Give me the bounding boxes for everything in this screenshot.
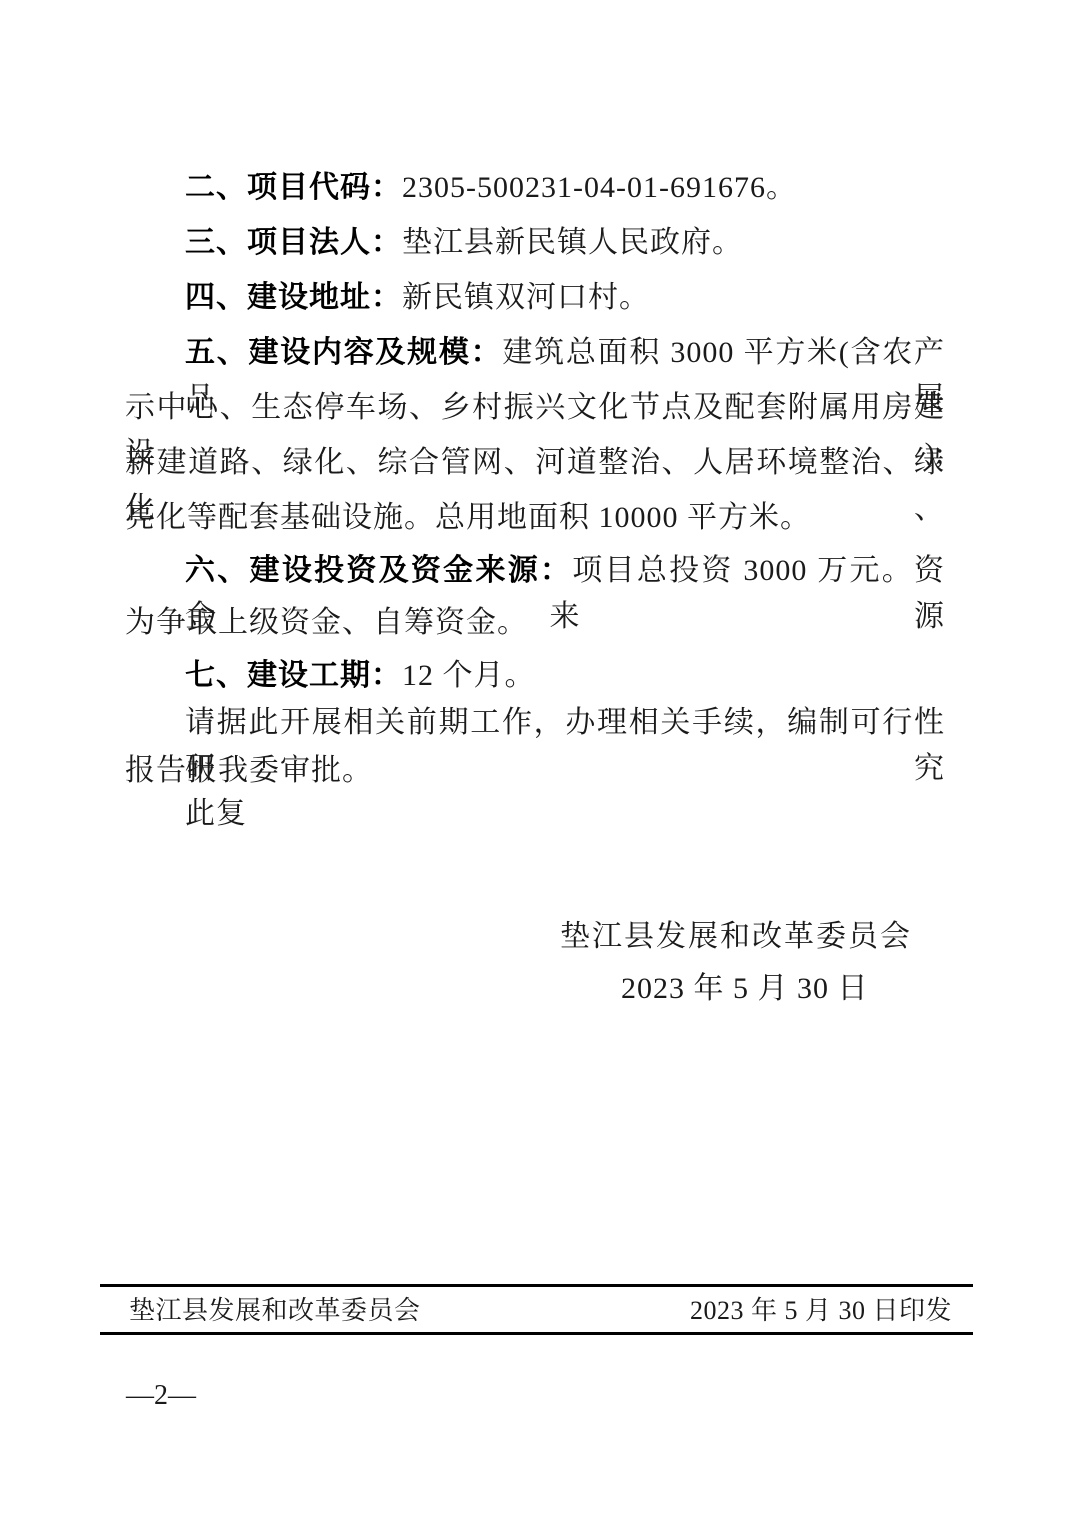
- footer-issue-date: 2023 年 5 月 30 日印发: [690, 1296, 952, 1326]
- section-heading: 二、项目代码：: [185, 171, 402, 204]
- body-text: 此复: [185, 797, 247, 830]
- footer-top-rule: [100, 1284, 973, 1287]
- section-heading: 四、建设地址：: [185, 281, 402, 314]
- body-line: 二、项目代码：2305-500231-04-01-691676。: [125, 165, 945, 211]
- signature-agency: 垫江县发展和改革委员会: [560, 911, 912, 955]
- body-line: 七、建设工期：12 个月。: [125, 653, 945, 699]
- body-line: 请据此开展相关前期工作，办理相关手续，编制可行性研究: [125, 700, 945, 746]
- body-text: 垫江县新民镇人民政府。: [402, 226, 743, 259]
- footer-issuer: 垫江县发展和改革委员会: [129, 1296, 421, 1326]
- body-line: 六、建设投资及资金来源：项目总投资 3000 万元。资金来源: [125, 548, 945, 594]
- body-line: 三、项目法人：垫江县新民镇人民政府。: [125, 220, 945, 266]
- page-number: —2—: [126, 1380, 196, 1412]
- body-text: 2305-500231-04-01-691676。: [402, 171, 797, 204]
- body-line: 报告报我委审批。: [125, 748, 945, 794]
- body-line: 亮化等配套基础设施。总用地面积 10000 平方米。: [125, 495, 945, 541]
- body-text: 为争取上级资金、自筹资金。: [125, 606, 528, 639]
- body-text: 新民镇双河口村。: [402, 281, 650, 314]
- body-line: 四、建设地址：新民镇双河口村。: [125, 275, 945, 321]
- body-line: 新建道路、绿化、综合管网、河道整治、人居环境整治、绿化、: [125, 440, 945, 486]
- body-text: 12 个月。: [402, 659, 536, 692]
- section-heading: 三、项目法人：: [185, 226, 402, 259]
- document-page: 二、项目代码：2305-500231-04-01-691676。 三、项目法人：…: [0, 0, 1074, 1520]
- section-heading: 六、建设投资及资金来源：: [185, 554, 572, 587]
- body-line: 五、建设内容及规模：建筑总面积 3000 平方米(含农产品展: [125, 330, 945, 376]
- body-line: 此复: [125, 791, 945, 837]
- body-text: 亮化等配套基础设施。总用地面积 10000 平方米。: [125, 501, 811, 534]
- section-heading: 七、建设工期：: [185, 659, 402, 692]
- signature-date: 2023 年 5 月 30 日: [621, 963, 869, 1007]
- section-heading: 五、建设内容及规模：: [185, 336, 502, 369]
- footer-bottom-rule: [100, 1332, 973, 1335]
- body-text: 报告报我委审批。: [125, 754, 373, 787]
- body-line: 示中心、生态停车场、乡村振兴文化节点及配套附属用房建设);: [125, 385, 945, 431]
- body-line: 为争取上级资金、自筹资金。: [125, 600, 945, 646]
